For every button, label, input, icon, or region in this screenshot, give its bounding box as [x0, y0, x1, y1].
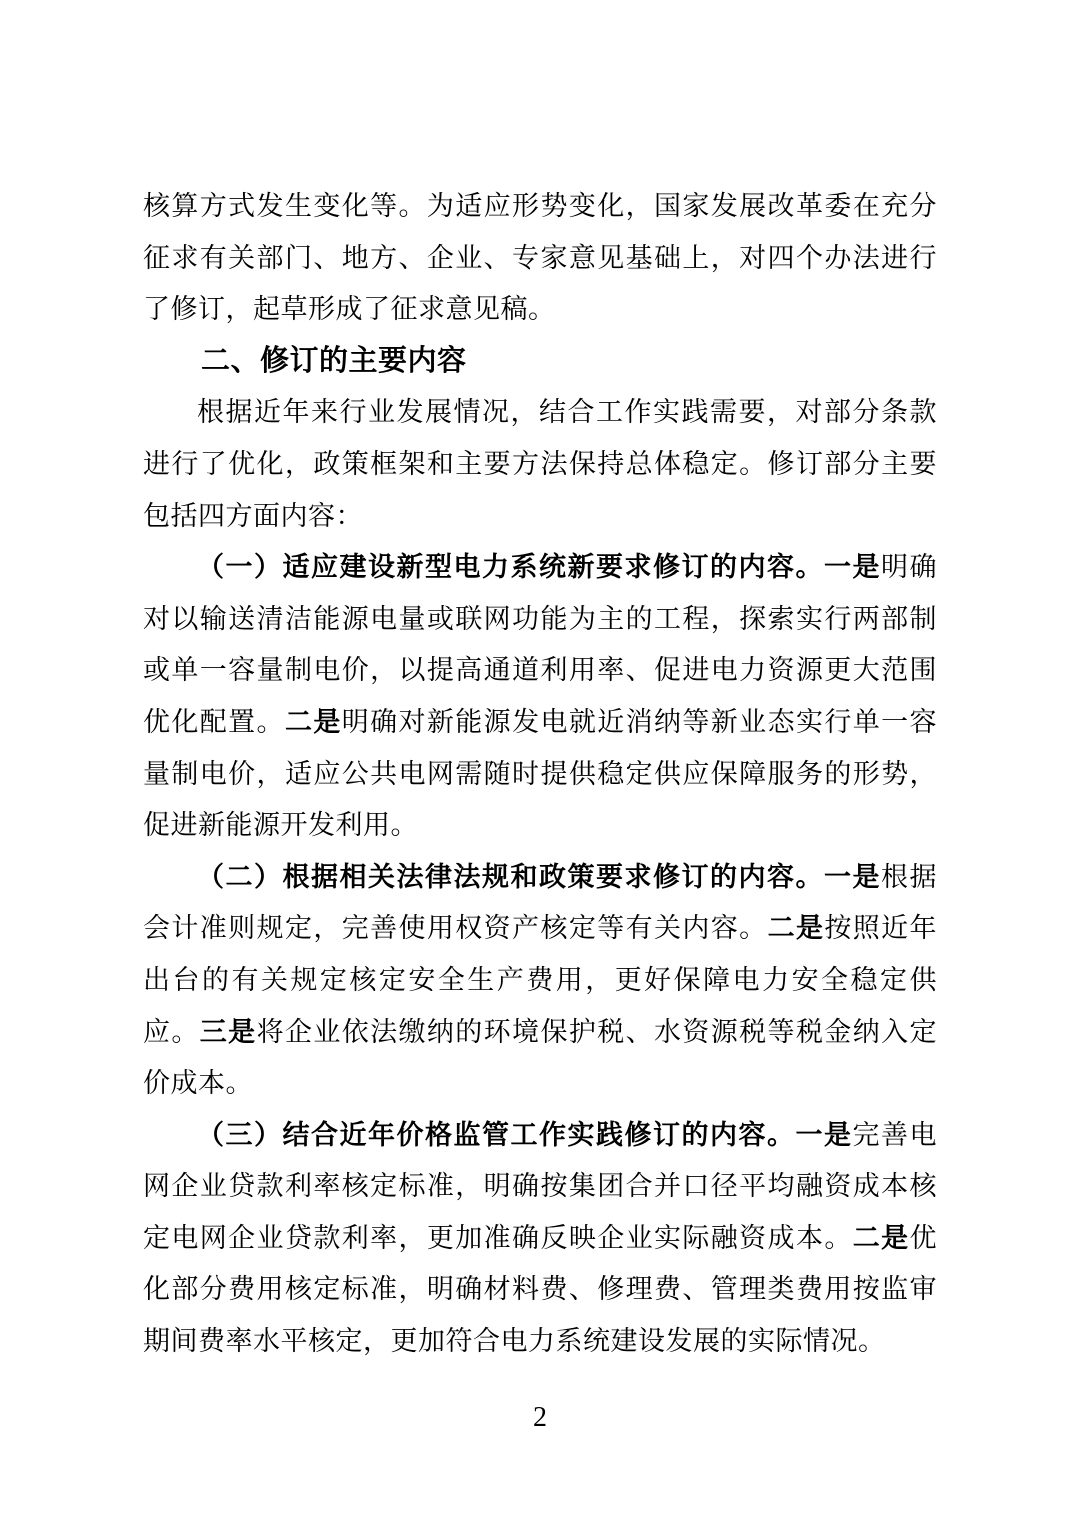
paragraph: （二）根据相关法律法规和政策要求修订的内容。一是根据会计准则规定，完善使用权资产… [143, 852, 937, 1110]
document-page: 核算方式发生变化等。为适应形势变化，国家发展改革委在充分征求有关部门、地方、企业… [0, 0, 1080, 1529]
text-segment: （二）根据相关法律法规和政策要求修订的内容。一是 [197, 862, 881, 892]
section-heading: 二、修订的主要内容 [143, 336, 937, 388]
paragraph: 根据近年来行业发展情况，结合工作实践需要，对部分条款进行了优化，政策框架和主要方… [143, 387, 937, 542]
text-segment: 二是 [285, 707, 342, 737]
paragraph: 核算方式发生变化等。为适应形势变化，国家发展改革委在充分征求有关部门、地方、企业… [143, 181, 937, 336]
text-segment: 三是 [200, 1017, 257, 1047]
text-segment: 将企业依法缴纳的环境保护税、水资源税等税金纳入定价成本。 [143, 1017, 937, 1099]
paragraph: （三）结合近年价格监管工作实践修订的内容。一是完善电网企业贷款利率核定标准，明确… [143, 1110, 937, 1368]
text-segment: 二、修订的主要内容 [201, 345, 467, 377]
paragraph: （一）适应建设新型电力系统新要求修订的内容。一是明确对以输送清洁能源电量或联网功… [143, 542, 937, 852]
text-segment: 二是 [853, 1223, 910, 1253]
page-number: 2 [0, 1402, 1080, 1434]
text-segment: （三）结合近年价格监管工作实践修订的内容。一是 [197, 1120, 853, 1150]
text-segment: （一）适应建设新型电力系统新要求修订的内容。一是 [197, 552, 881, 582]
text-segment: 核算方式发生变化等。为适应形势变化，国家发展改革委在充分征求有关部门、地方、企业… [143, 191, 937, 324]
text-segment: 二是 [768, 913, 825, 943]
text-segment: 根据近年来行业发展情况，结合工作实践需要，对部分条款进行了优化，政策框架和主要方… [143, 397, 937, 530]
document-body: 核算方式发生变化等。为适应形势变化，国家发展改革委在充分征求有关部门、地方、企业… [143, 181, 937, 1368]
